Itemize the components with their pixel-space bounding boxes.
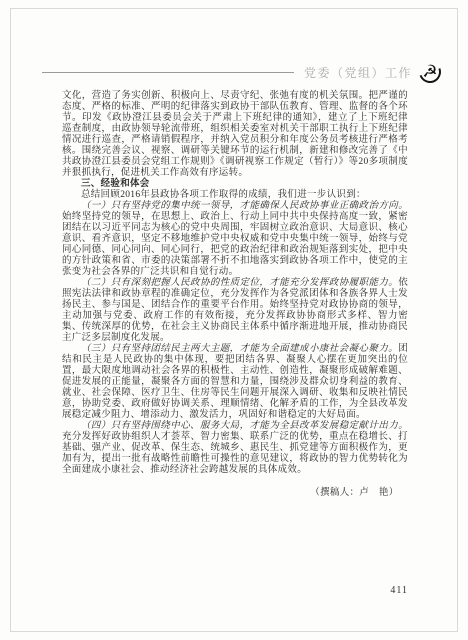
contributor-credit: （撰稿人：卢 艳） [62,488,408,499]
section-heading: 三、经验和体会 [62,179,408,190]
paragraph-lead: （四）只有坚持围绕中心、服务大局，才能为全县改革发展稳定献计出力。 [81,421,408,431]
paragraph: （二）只有深刻把握人民政协的性质定位，才能充分发挥政协履职能力。依照宪法法律和政… [62,278,408,344]
header-rule [42,72,294,73]
hammer-sickle-icon: ☭ [418,60,442,84]
page-number: 411 [390,585,408,596]
paragraph: （一）只有坚持党的集中统一领导，才能确保人民政协事业正确政治方向。始终坚持党的领… [62,201,408,278]
paragraph: （三）只有坚持团结民主两大主题，才能为全面建成小康社会凝心聚力。团结和民主是人民… [62,344,408,421]
paragraph: 文化，营造了务实创新、积极向上、尽责守纪、张弛有度的机关氛围。把严谨的态度、严格… [62,91,408,179]
paragraph-lead: （三）只有坚持团结民主两大主题，才能为全面建成小康社会凝心聚力。 [81,344,398,354]
running-head-title: 党委（党组）工作 [304,64,412,81]
paragraphs-container: 文化，营造了务实创新、积极向上、尽责守纪、张弛有度的机关氛围。把严谨的态度、严格… [62,91,408,499]
paragraph-lead: （一）只有坚持党的集中统一领导，才能确保人民政协事业正确政治方向。 [81,201,408,211]
paragraph-lead: （二）只有深刻把握人民政协的性质定位，才能充分发挥政协履职能力。 [81,278,398,288]
page-header: 党委（党组）工作 ☭ [42,60,442,84]
paragraph: （四）只有坚持围绕中心、服务大局，才能为全县改革发展稳定献计出力。充分发挥好政协… [62,421,408,476]
party-emblem-icon: ☭ [418,60,442,84]
paragraph: 总结回顾2016年县政协各项工作取得的成绩，我们进一步认识到： [62,190,408,201]
